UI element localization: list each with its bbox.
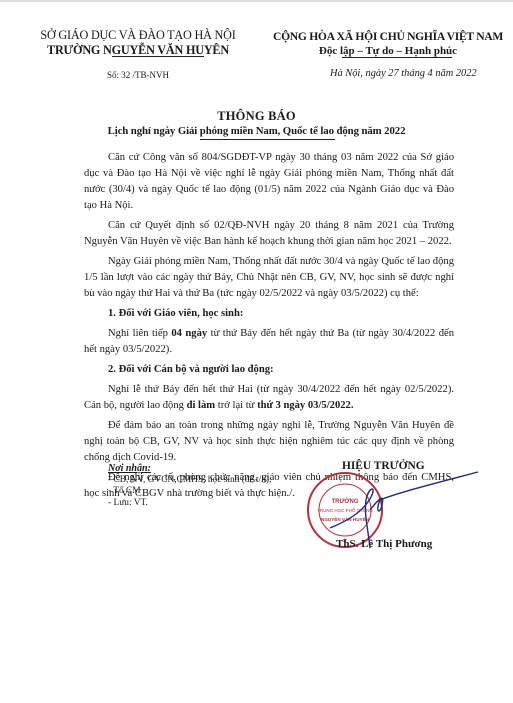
issuer-header: SỞ GIÁO DỤC VÀ ĐÀO TẠO HÀ NỘI TRƯỜNG NGU… [38, 28, 238, 57]
school-underline [112, 56, 204, 57]
document-title: THÔNG BÁO [0, 109, 513, 124]
agency-name: SỞ GIÁO DỤC VÀ ĐÀO TẠO HÀ NỘI [38, 28, 238, 43]
paragraph-teachers: Nghỉ liên tiếp 04 ngày từ thứ Bảy đến hế… [84, 326, 454, 358]
national-header: CỘNG HÒA XÃ HỘI CHỦ NGHĨA VIỆT NAM Độc l… [270, 30, 506, 58]
paragraph-context: Ngày Giải phóng miền Nam, Thống nhất đất… [84, 254, 454, 302]
national-motto: Độc lập – Tự do – Hạnh phúc [270, 44, 506, 58]
paragraph-safety: Để đảm bảo an toàn trong những ngày nghỉ… [84, 418, 454, 466]
section-heading-teachers: 1. Đối với Giáo viên, học sinh: [84, 306, 454, 322]
recipients-label: Nơi nhận: [108, 463, 272, 475]
text-bold: 04 ngày [171, 328, 207, 339]
text: trở lại từ [215, 400, 257, 411]
recipient-item: - CB, NV, GVCN,CMHS, học sinh (để t/h); [108, 475, 272, 487]
paragraph-basis-2: Căn cứ Quyết định số 02/QĐ-NVH ngày 20 t… [84, 218, 454, 250]
text: Nghỉ liên tiếp [108, 328, 171, 339]
signer-name: ThS. Lê Thị Phương [336, 538, 432, 550]
motto-underline [342, 57, 452, 58]
top-border [0, 0, 513, 2]
document-subtitle: Lịch nghỉ ngày Giải phóng miền Nam, Quốc… [0, 125, 513, 137]
document-body: Căn cứ Công văn số 804/SGDĐT-VP ngày 30 … [84, 150, 454, 506]
subtitle-underline [200, 139, 335, 140]
text-bold: đi làm [187, 400, 216, 411]
paragraph-basis-1: Căn cứ Công văn số 804/SGDĐT-VP ngày 30 … [84, 150, 454, 214]
paragraph-staff: Nghỉ lễ thứ Bảy đến hết thứ Hai (từ ngày… [84, 382, 454, 414]
recipients-block: Nơi nhận: - CB, NV, GVCN,CMHS, học sinh … [108, 463, 272, 509]
text-bold: thứ 3 ngày 03/5/2022. [257, 400, 353, 411]
section-heading-staff: 2. Đối với Cán bộ và người lao động: [84, 362, 454, 378]
recipient-item: - Tổ CM [108, 486, 272, 498]
recipient-item: - Lưu: VT. [108, 498, 272, 510]
school-name: TRƯỜNG NGUYỄN VĂN HUYÊN [38, 43, 238, 57]
nation-name: CỘNG HÒA XÃ HỘI CHỦ NGHĨA VIỆT NAM [270, 30, 506, 44]
place-date: Hà Nội, ngày 27 tháng 4 năm 2022 [330, 68, 477, 79]
document-number: Số: 32 /TB-NVH [0, 70, 276, 80]
